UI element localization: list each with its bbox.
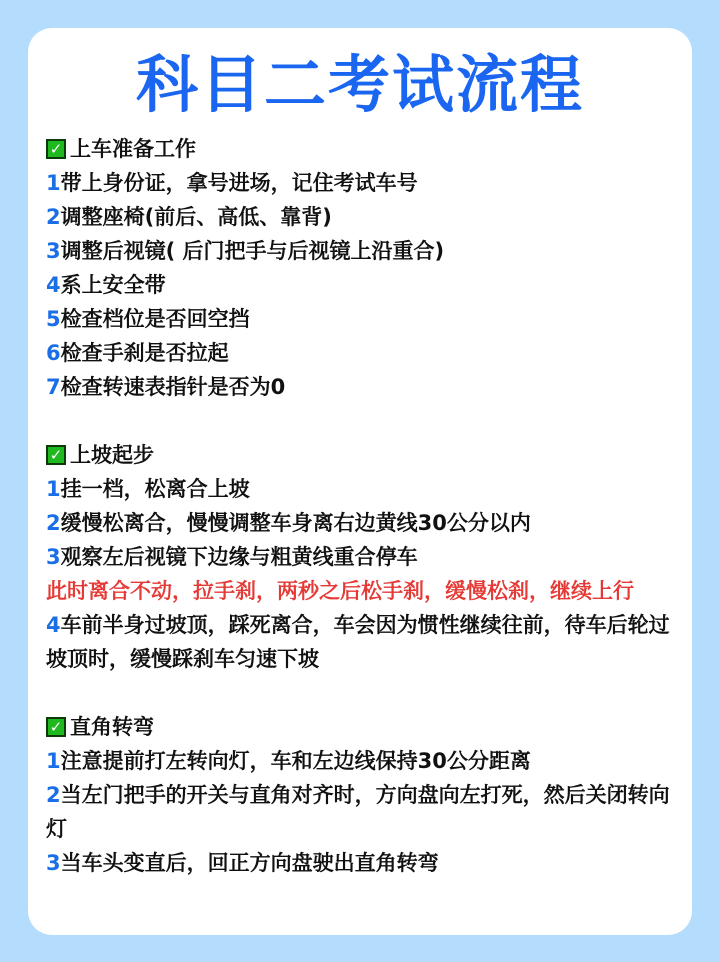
list-item: 1注意提前打左转向灯，车和左边线保持30公分距离 [46,744,674,778]
item-number: 1 [46,477,61,501]
list-item: 6检查手刹是否拉起 [46,336,674,370]
item-text: 调整座椅(前后、高低、靠背) [61,205,332,229]
section-heading: ✓ 上车准备工作 [46,132,674,166]
section-heading: ✓ 直角转弯 [46,710,674,744]
item-text: 当车头变直后，回正方向盘驶出直角转弯 [61,851,439,875]
list-item: 3观察左后视镜下边缘与粗黄线重合停车 [46,540,674,574]
item-number: 1 [46,171,61,195]
item-text: 带上身份证，拿号进场，记住考试车号 [61,171,418,195]
item-number: 3 [46,545,61,569]
item-text: 调整后视镜( 后门把手与后视镜上沿重合) [61,239,445,263]
list-item: 1带上身份证，拿号进场，记住考试车号 [46,166,674,200]
item-text: 挂一档，松离合上坡 [61,477,250,501]
section-right-angle-turn: ✓ 直角转弯 1注意提前打左转向灯，车和左边线保持30公分距离 2当左门把手的开… [46,710,674,880]
item-text: 观察左后视镜下边缘与粗黄线重合停车 [61,545,418,569]
heading-text: 上坡起步 [70,438,154,472]
item-number: 7 [46,375,61,399]
section-hill-start: ✓ 上坡起步 1挂一档，松离合上坡 2缓慢松离合，慢慢调整车身离右边黄线30公分… [46,438,674,676]
list-item: 4系上安全带 [46,268,674,302]
section-heading: ✓ 上坡起步 [46,438,674,472]
warning-note: 此时离合不动，拉手刹，两秒之后松手刹，缓慢松刹，继续上行 [46,574,674,608]
item-text: 缓慢松离合，慢慢调整车身离右边黄线30公分以内 [61,511,531,535]
content: ✓ 上车准备工作 1带上身份证，拿号进场，记住考试车号 2调整座椅(前后、高低、… [46,132,674,914]
item-text: 检查转速表指针是否为0 [61,375,286,399]
item-text: 检查手刹是否拉起 [61,341,229,365]
item-number: 1 [46,749,61,773]
check-box-icon: ✓ [46,139,66,159]
item-number: 3 [46,851,61,875]
item-text: 车前半身过坡顶，踩死离合，车会因为惯性继续往前，待车后轮过坡顶时，缓慢踩刹车匀速… [46,613,670,671]
item-number: 5 [46,307,61,331]
list-item: 2缓慢松离合，慢慢调整车身离右边黄线30公分以内 [46,506,674,540]
list-item: 5检查档位是否回空挡 [46,302,674,336]
item-number: 4 [46,613,61,637]
item-text: 检查档位是否回空挡 [61,307,250,331]
item-number: 2 [46,205,61,229]
list-item: 3调整后视镜( 后门把手与后视镜上沿重合) [46,234,674,268]
content-card: 科目二考试流程 ✓ 上车准备工作 1带上身份证，拿号进场，记住考试车号 2调整座… [28,28,692,935]
list-item: 3当车头变直后，回正方向盘驶出直角转弯 [46,846,674,880]
list-item: 7检查转速表指针是否为0 [46,370,674,404]
list-item: 2调整座椅(前后、高低、靠背) [46,200,674,234]
page-title: 科目二考试流程 [28,46,692,124]
check-box-icon: ✓ [46,717,66,737]
item-text: 注意提前打左转向灯，车和左边线保持30公分距离 [61,749,531,773]
heading-text: 上车准备工作 [70,132,196,166]
list-item: 2当左门把手的开关与直角对齐时，方向盘向左打死，然后关闭转向灯 [46,778,674,846]
list-item: 1挂一档，松离合上坡 [46,472,674,506]
section-preparation: ✓ 上车准备工作 1带上身份证，拿号进场，记住考试车号 2调整座椅(前后、高低、… [46,132,674,404]
item-number: 3 [46,239,61,263]
item-text: 系上安全带 [61,273,166,297]
heading-text: 直角转弯 [70,710,154,744]
item-number: 2 [46,511,61,535]
item-number: 6 [46,341,61,365]
item-number: 2 [46,783,61,807]
check-box-icon: ✓ [46,445,66,465]
item-text: 当左门把手的开关与直角对齐时，方向盘向左打死，然后关闭转向灯 [46,783,670,841]
item-number: 4 [46,273,61,297]
list-item: 4车前半身过坡顶，踩死离合，车会因为惯性继续往前，待车后轮过坡顶时，缓慢踩刹车匀… [46,608,674,676]
